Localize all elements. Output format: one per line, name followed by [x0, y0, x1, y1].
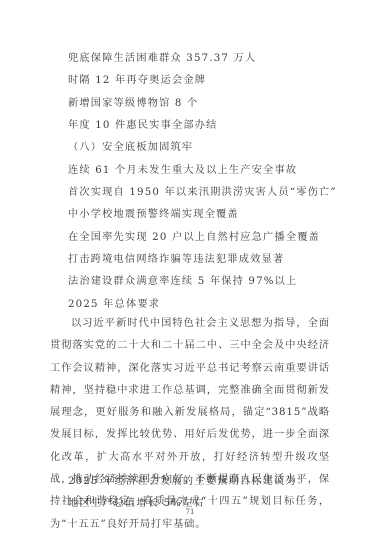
section-heading: 2025 年总体要求 [68, 298, 160, 312]
achievement-line: 首次实现自 1950 年以来汛期洪涝灾害人员“零伤亡” [68, 186, 337, 200]
section-heading: （八）安全底板加固筑牢 [68, 141, 193, 155]
targets-intro: 2025 年经济社会发展的主要预期目标建议为： [68, 475, 308, 489]
achievement-line: 打击跨境电信网络诈骗等违法犯罪成效显著 [68, 253, 284, 267]
achievement-line: 兜底保障生活困难群众 357.37 万人 [68, 52, 256, 66]
achievement-line: 年度 10 件惠民实事全部办结 [68, 119, 218, 133]
page-number: 71 [0, 508, 380, 516]
achievement-line: 新增国家等级博物馆 8 个 [68, 97, 198, 111]
achievement-line: 连续 61 个月未发生重大及以上生产安全事故 [68, 164, 297, 178]
achievement-line: 时隔 12 年再夺奥运会金牌 [68, 74, 206, 88]
achievement-line: 在全国率先实现 20 户以上自然村应急广播全覆盖 [68, 231, 320, 245]
achievement-line: 法治建设群众满意率连续 5 年保持 97%以上 [68, 275, 297, 289]
achievement-line: 中小学校地震预警终端实现全覆盖 [68, 208, 239, 222]
